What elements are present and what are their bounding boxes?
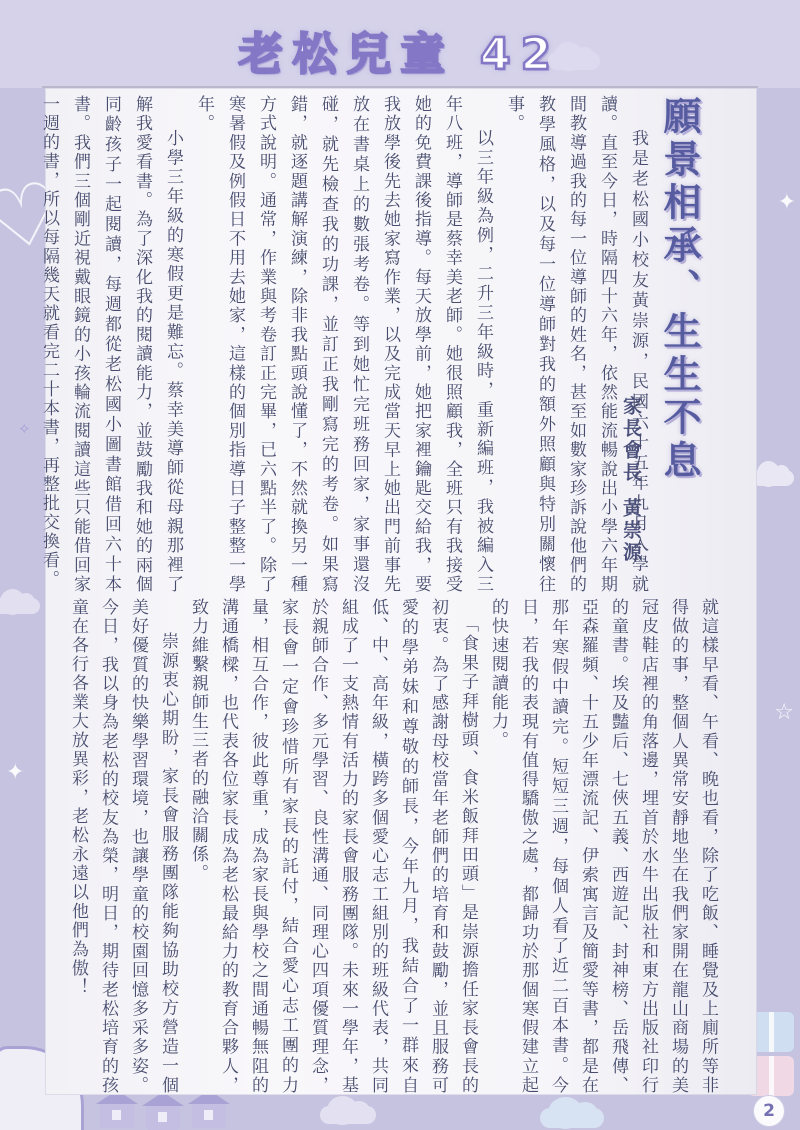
article-text-top-section: 我是老松國小校友黃崇源，民國六十五年九月入學就讀。直至今日，時隔四十六年，依然能…	[55, 95, 653, 594]
star-icon: ✦	[6, 760, 24, 785]
cloud-icon	[0, 598, 40, 614]
article-title: 願景相承、生生不息	[652, 96, 707, 516]
paragraph: 我是老松國小校友黃崇源，民國六十五年九月入學就讀。直至今日，時隔四十六年，依然能…	[498, 95, 653, 594]
house-icon	[146, 1104, 180, 1130]
article-paper: 願景相承、生生不息 家長會長黃崇源 我是老松國小校友黃崇源，民國六十五年九月入學…	[45, 88, 757, 1095]
paragraph: 以三年級為例，二升三年級時，重新編班，我被編入三年八班，導師是蔡幸美老師。她很照…	[188, 95, 498, 594]
article-text-bottom-section: 就這樣早看、午看、晚也看，除了吃飯、睡覺及上廁所等非得做的事，整個人異常安靜地坐…	[55, 598, 723, 1095]
publication-title: 老松兒童 42	[0, 18, 800, 82]
page-number: 2	[763, 1101, 775, 1121]
sparkle-icon: ✧	[18, 420, 31, 438]
magazine-page: ❉ ☆ ♡ ✦ ✧ ✧ ✦ ☆ 老松兒童 42 願景相承、生生不息 家長會長黃崇…	[0, 0, 800, 1130]
paragraph: 崇源衷心期盼，家長會服務團隊能夠協助校方營造一個美好優質的快樂學習環境，也讓學童…	[63, 598, 183, 1095]
paragraph: 就這樣早看、午看、晚也看，除了吃飯、睡覺及上廁所等非得做的事，整個人異常安靜地坐…	[483, 598, 723, 1095]
house-icon	[192, 1102, 226, 1128]
paragraph: 「食果子拜樹頭、食米飯拜田頭」是崇源擔任家長會長的初衷。為了感謝母校當年老師們的…	[183, 598, 483, 1095]
star-icon: ✦	[778, 190, 796, 215]
paragraph: 小學三年級的寒假更是難忘。蔡幸美導師從母親那裡了解我愛看書。為了深化我的閱讀能力…	[33, 95, 188, 594]
cloud-icon	[752, 470, 794, 486]
house-icon	[100, 1102, 134, 1128]
page-number-badge: 2	[754, 1096, 784, 1126]
cloud-icon	[320, 1106, 376, 1124]
star-icon: ☆	[774, 700, 794, 725]
page-header: 老松兒童 42	[0, 0, 800, 88]
cloud-icon	[540, 1108, 604, 1128]
